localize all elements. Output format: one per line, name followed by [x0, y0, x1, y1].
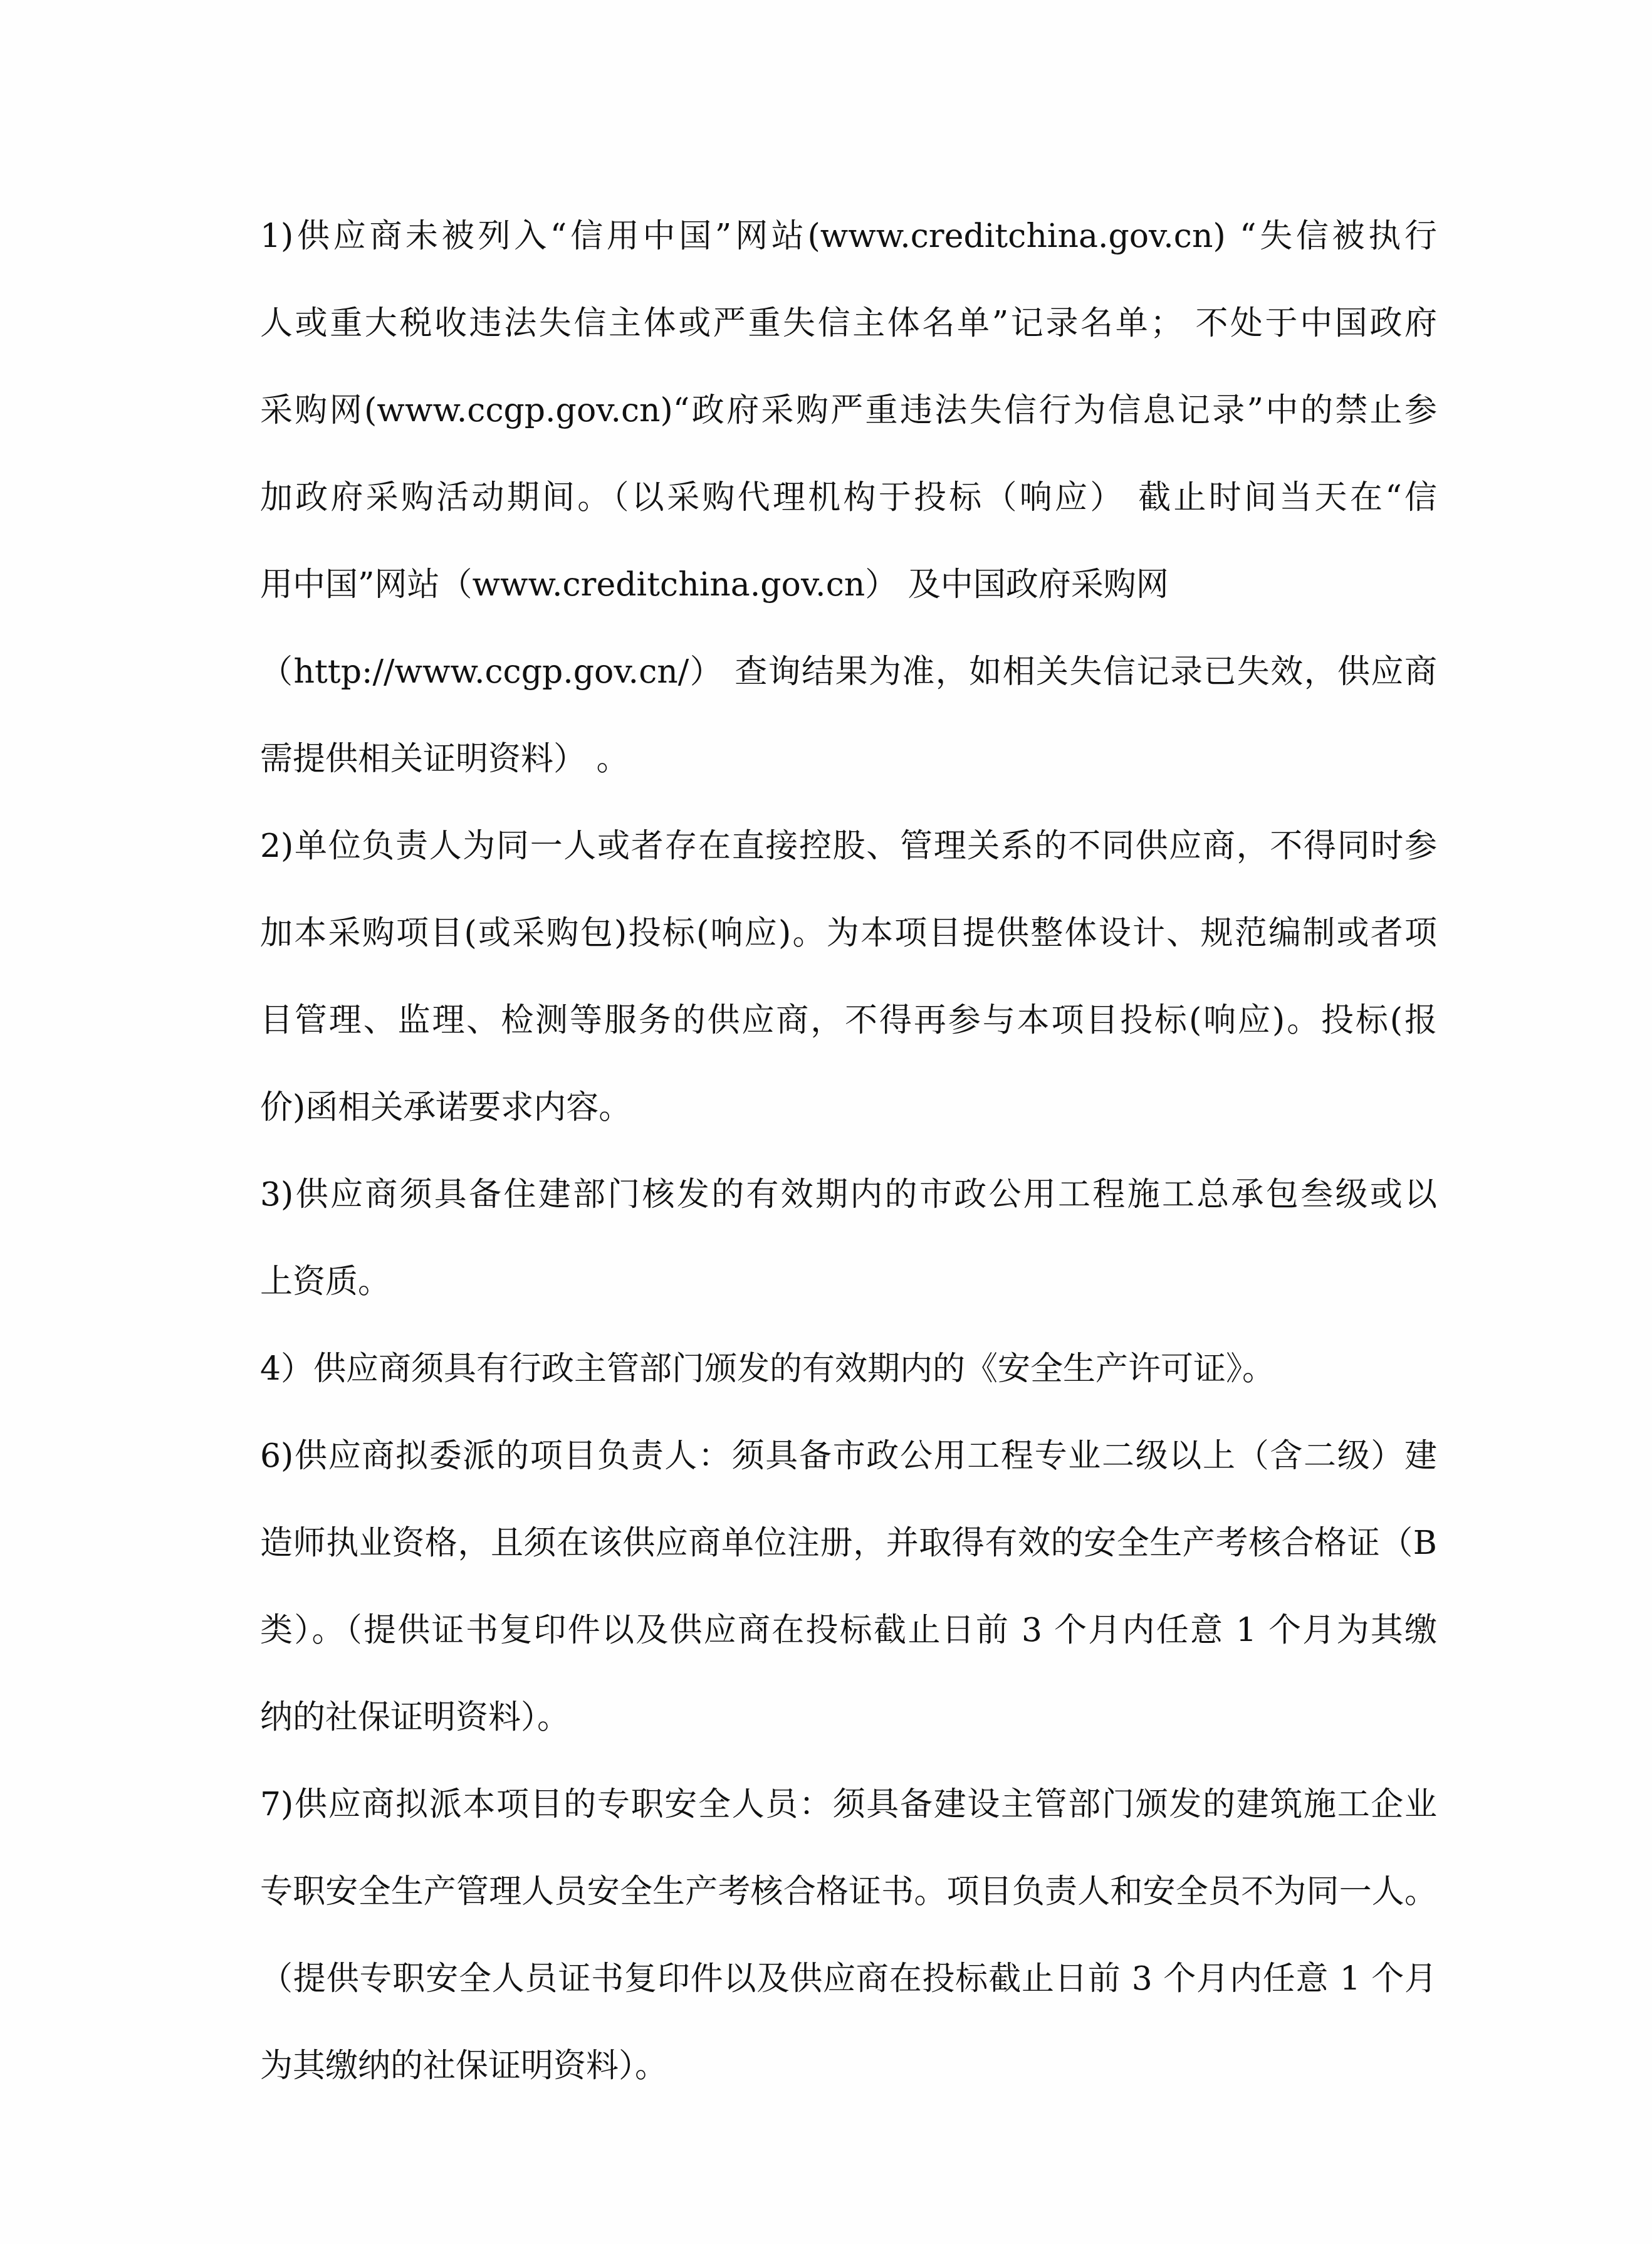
text-line: 7)供应商拟派本项目的专职安全人员：须具备建设主管部门颁发的建筑施工企业	[260, 1761, 1437, 1848]
requirement-item-6: 6)供应商拟委派的项目负责人：须具备市政公用工程专业二级以上（含二级）建 造师执…	[260, 1413, 1437, 1761]
requirement-item-3: 3)供应商须具备住建部门核发的有效期内的市政公用工程施工总承包叁级或以 上资质。	[260, 1151, 1437, 1326]
text-line: 1)供应商未被列入“信用中国”网站(www.creditchina.gov.cn…	[260, 193, 1437, 280]
text-line: 用中国”网站（www.creditchina.gov.cn） 及中国政府采购网	[260, 542, 1437, 629]
text-line: 类）。（提供证书复印件以及供应商在投标截止日前 3 个月内任意 1 个月为其缴	[260, 1587, 1437, 1674]
document-body: 1)供应商未被列入“信用中国”网站(www.creditchina.gov.cn…	[260, 193, 1437, 2110]
requirement-item-4: 4）供应商须具有行政主管部门颁发的有效期内的《安全生产许可证》。	[260, 1326, 1437, 1413]
text-line: 加政府采购活动期间。（以采购代理机构于投标（响应） 截止时间当天在“信	[260, 454, 1437, 542]
document-page: 1)供应商未被列入“信用中国”网站(www.creditchina.gov.cn…	[0, 0, 1652, 2244]
text-line: 为其缴纳的社保证明资料）。	[260, 2023, 1437, 2110]
text-line: （提供专职安全人员证书复印件以及供应商在投标截止日前 3 个月内任意 1 个月	[260, 1936, 1437, 2023]
text-line: 造师执业资格，且须在该供应商单位注册，并取得有效的安全生产考核合格证（B	[260, 1500, 1437, 1587]
text-line: 价)函相关承诺要求内容。	[260, 1064, 1437, 1151]
text-line: 采购网(www.ccgp.gov.cn)“政府采购严重违法失信行为信息记录”中的…	[260, 367, 1437, 454]
text-line: 2)单位负责人为同一人或者存在直接控股、管理关系的不同供应商，不得同时参	[260, 803, 1437, 890]
text-line: 6)供应商拟委派的项目负责人：须具备市政公用工程专业二级以上（含二级）建	[260, 1413, 1437, 1500]
text-line: 纳的社保证明资料）。	[260, 1674, 1437, 1761]
text-line: 需提供相关证明资料） 。	[260, 716, 1437, 803]
text-line: 专职安全生产管理人员安全生产考核合格证书。项目负责人和安全员不为同一人。	[260, 1848, 1437, 1936]
text-line: 人或重大税收违法失信主体或严重失信主体名单”记录名单； 不处于中国政府	[260, 280, 1437, 367]
text-line: 4）供应商须具有行政主管部门颁发的有效期内的《安全生产许可证》。	[260, 1326, 1437, 1413]
requirement-item-1: 1)供应商未被列入“信用中国”网站(www.creditchina.gov.cn…	[260, 193, 1437, 803]
requirement-item-7: 7)供应商拟派本项目的专职安全人员：须具备建设主管部门颁发的建筑施工企业 专职安…	[260, 1761, 1437, 2110]
text-line: 上资质。	[260, 1239, 1437, 1326]
text-line: 目管理、监理、检测等服务的供应商，不得再参与本项目投标(响应)。投标(报	[260, 977, 1437, 1064]
text-line: 3)供应商须具备住建部门核发的有效期内的市政公用工程施工总承包叁级或以	[260, 1151, 1437, 1239]
requirement-item-2: 2)单位负责人为同一人或者存在直接控股、管理关系的不同供应商，不得同时参 加本采…	[260, 803, 1437, 1151]
text-line: （http://www.ccgp.gov.cn/） 查询结果为准，如相关失信记录…	[260, 629, 1437, 716]
text-line: 加本采购项目(或采购包)投标(响应)。为本项目提供整体设计、规范编制或者项	[260, 890, 1437, 977]
